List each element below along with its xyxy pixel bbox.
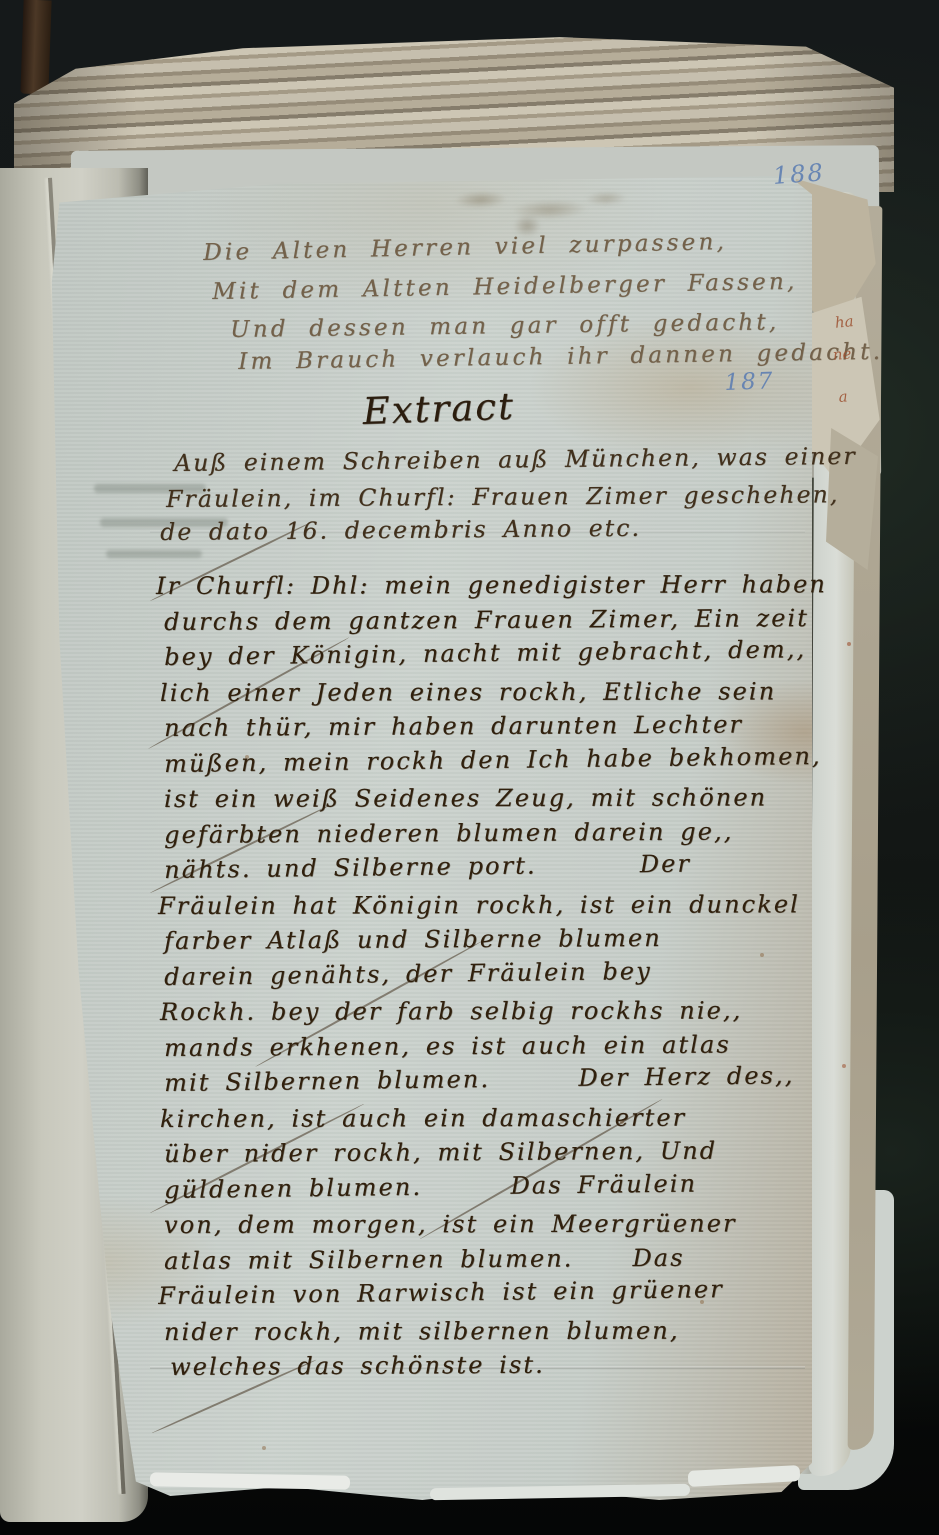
body-line: Rockh. bey der farb selbig rockhs nie,,	[160, 996, 742, 1026]
body-line: gefärbten niederen blumen darein ge,,	[164, 818, 734, 849]
body-line: mands erkhenen, es ist auch ein atlas	[164, 1031, 731, 1062]
body-line: kirchen, ist auch ein damaschierter	[160, 1104, 686, 1133]
body-line: Ir Churfl: Dhl: mein genedigister Herr h…	[156, 570, 827, 600]
body-line: von, dem morgen, ist ein Meergrüener	[164, 1210, 737, 1239]
margin-bleed-mark: ne	[832, 344, 852, 364]
margin-bleed-mark: a	[838, 387, 848, 406]
margin-bleed-mark: ha	[834, 312, 854, 332]
body-line: durchs dem gantzen Frauen Zimer, Ein zei…	[164, 604, 809, 636]
body-line: güldenen blumen. Das Fräulein	[164, 1169, 697, 1204]
manuscript-photo: 188 187 Die Alten Herren viel zurpassen,…	[0, 0, 939, 1535]
body-line: über nider rockh, mit Silbernen, Und	[164, 1137, 717, 1168]
body-line: müßen, mein rockh den Ich habe bekhomen,	[164, 742, 822, 778]
body-line: farber Atlaß und Silberne blumen	[164, 924, 662, 955]
body-line: nähts. und Silberne port. Der	[164, 850, 691, 884]
body-line: Fräulein hat Königin rockh, ist ein dunc…	[158, 890, 800, 920]
body-line: nach thür, mir haben darunten Lechter	[164, 710, 743, 742]
body-line: Fräulein von Rarwisch ist ein grüener	[158, 1275, 724, 1310]
body-line: lich einer Jeden eines rockh, Etliche se…	[160, 677, 776, 707]
body-line: ist ein weiß Seidenes Zeug, mit schönen	[164, 783, 767, 813]
body-line: welches das schönste ist.	[170, 1351, 545, 1381]
body-text: Ir Churfl: Dhl: mein genedigister Herr h…	[0, 0, 939, 1535]
body-line: bey der Königin, nacht mit gebracht, dem…	[164, 635, 806, 671]
body-line: atlas mit Silbernen blumen. Das	[164, 1244, 685, 1275]
body-line: nider rockh, mit silbernen blumen,	[164, 1317, 680, 1346]
body-line: mit Silbernen blumen. Der Herz des,,	[164, 1061, 795, 1097]
body-line: darein genähts, der Fräulein bey	[164, 957, 652, 991]
